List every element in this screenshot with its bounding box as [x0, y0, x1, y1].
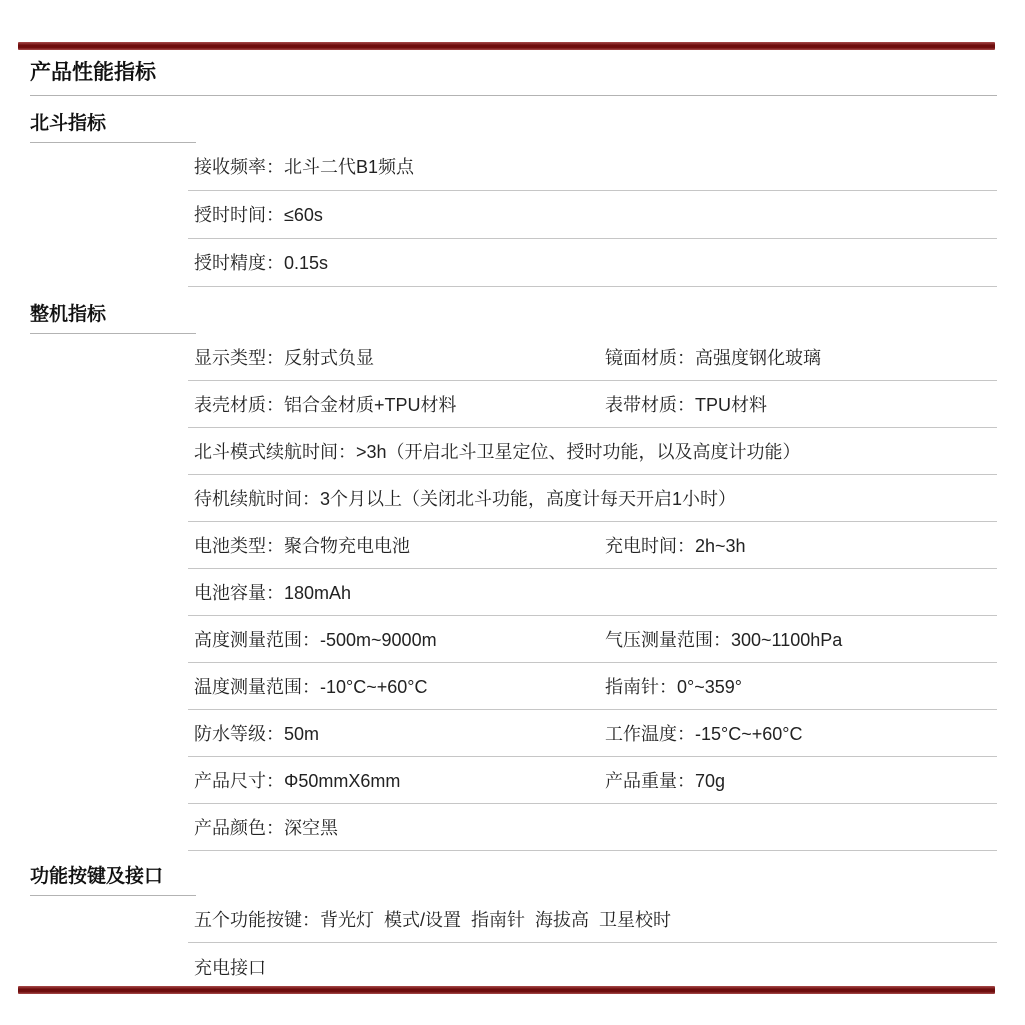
spec-text: 显示类型：反射式负显	[188, 347, 599, 369]
spec-row: 授时精度：0.15s	[188, 239, 997, 287]
section-buttons-ports: 功能按键及接口 五个功能按键：背光灯 模式/设置 指南针 海拔高 卫星校时 充电…	[0, 865, 1025, 990]
top-accent-bar	[18, 42, 995, 50]
spec-text: 产品尺寸：Φ50mmX6mm	[188, 770, 599, 792]
spec-text: 授时时间：≤60s	[188, 204, 997, 226]
spec-row: 电池类型：聚合物充电电池 充电时间：2h~3h	[188, 522, 997, 569]
spec-rows-beidou: 接收频率：北斗二代B1频点 授时时间：≤60s 授时精度：0.15s	[188, 143, 997, 287]
spec-row: 北斗模式续航时间：>3h（开启北斗卫星定位、授时功能，以及高度计功能）	[188, 428, 997, 475]
spec-row: 电池容量：180mAh	[188, 569, 997, 616]
spec-text: 指南针：0°~359°	[599, 676, 997, 698]
spec-text: 气压测量范围：300~1100hPa	[599, 629, 997, 651]
spec-row: 产品颜色：深空黑	[188, 804, 997, 851]
spec-row: 待机续航时间：3个月以上（关闭北斗功能，高度计每天开启1小时）	[188, 475, 997, 522]
spec-row: 防水等级：50m 工作温度：-15°C~+60°C	[188, 710, 997, 757]
spec-text: 工作温度：-15°C~+60°C	[599, 723, 997, 745]
spec-text: 电池容量：180mAh	[188, 582, 997, 604]
spec-text: 镜面材质：高强度钢化玻璃	[599, 347, 997, 369]
spec-text: 电池类型：聚合物充电电池	[188, 535, 599, 557]
spec-text: 防水等级：50m	[188, 723, 599, 745]
spec-rows-whole-device: 显示类型：反射式负显 镜面材质：高强度钢化玻璃 表壳材质：铝合金材质+TPU材料…	[188, 334, 997, 851]
spec-document: 产品性能指标 北斗指标 接收频率：北斗二代B1频点 授时时间：≤60s 授时精度…	[0, 60, 1025, 990]
spec-row: 充电接口	[188, 943, 997, 990]
spec-text: 高度测量范围：-500m~9000m	[188, 629, 599, 651]
spec-text: 产品重量：70g	[599, 770, 997, 792]
section-heading-buttons-ports: 功能按键及接口	[30, 865, 196, 896]
spec-text: 充电接口	[188, 957, 997, 979]
spec-row: 产品尺寸：Φ50mmX6mm 产品重量：70g	[188, 757, 997, 804]
spec-text: 授时精度：0.15s	[188, 252, 997, 274]
spec-text: 充电时间：2h~3h	[599, 535, 997, 557]
spec-row: 表壳材质：铝合金材质+TPU材料 表带材质：TPU材料	[188, 381, 997, 428]
section-whole-device: 整机指标 显示类型：反射式负显 镜面材质：高强度钢化玻璃 表壳材质：铝合金材质+…	[0, 303, 1025, 851]
page-title: 产品性能指标	[30, 60, 997, 96]
spec-text: 待机续航时间：3个月以上（关闭北斗功能，高度计每天开启1小时）	[188, 488, 997, 510]
section-beidou: 北斗指标 接收频率：北斗二代B1频点 授时时间：≤60s 授时精度：0.15s	[0, 112, 1025, 287]
spec-text: 温度测量范围：-10°C~+60°C	[188, 676, 599, 698]
spec-text: 产品颜色：深空黑	[188, 817, 997, 839]
spec-text: 表带材质：TPU材料	[599, 394, 997, 416]
spec-row: 授时时间：≤60s	[188, 191, 997, 239]
section-heading-whole-device: 整机指标	[30, 303, 196, 334]
spec-text: 表壳材质：铝合金材质+TPU材料	[188, 394, 599, 416]
section-heading-beidou: 北斗指标	[30, 112, 196, 143]
bottom-accent-bar	[18, 986, 995, 994]
spec-row: 温度测量范围：-10°C~+60°C 指南针：0°~359°	[188, 663, 997, 710]
spec-row: 显示类型：反射式负显 镜面材质：高强度钢化玻璃	[188, 334, 997, 381]
spec-row: 高度测量范围：-500m~9000m 气压测量范围：300~1100hPa	[188, 616, 997, 663]
spec-text: 北斗模式续航时间：>3h（开启北斗卫星定位、授时功能，以及高度计功能）	[188, 441, 997, 463]
spec-row: 五个功能按键：背光灯 模式/设置 指南针 海拔高 卫星校时	[188, 896, 997, 943]
spec-text: 接收频率：北斗二代B1频点	[188, 156, 997, 178]
spec-row: 接收频率：北斗二代B1频点	[188, 143, 997, 191]
spec-text: 五个功能按键：背光灯 模式/设置 指南针 海拔高 卫星校时	[188, 909, 997, 931]
spec-rows-buttons-ports: 五个功能按键：背光灯 模式/设置 指南针 海拔高 卫星校时 充电接口	[188, 896, 997, 990]
